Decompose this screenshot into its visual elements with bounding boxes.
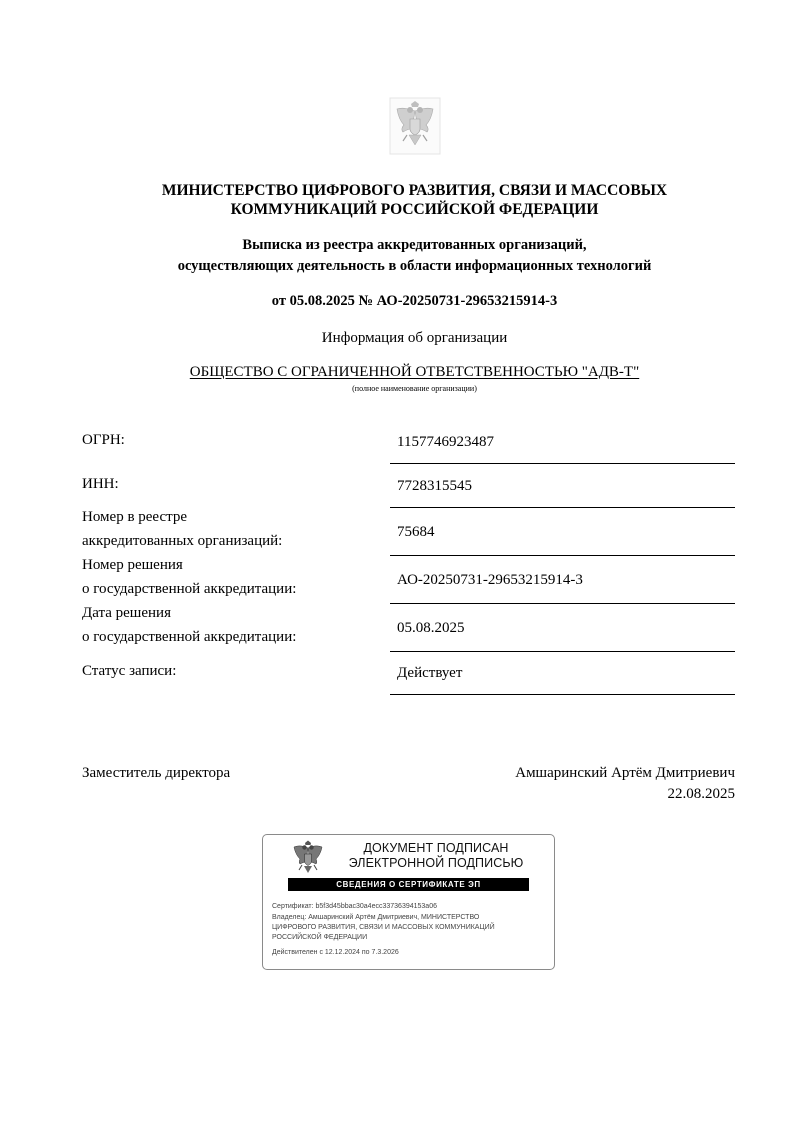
- digital-signature-stamp: ДОКУМЕНТ ПОДПИСАН ЭЛЕКТРОННОЙ ПОДПИСЬЮ С…: [262, 834, 555, 970]
- field-divider: [390, 603, 735, 604]
- field-value-inn: 7728315545: [397, 477, 472, 495]
- ministry-name-line1: МИНИСТЕРСТВО ЦИФРОВОГО РАЗВИТИЯ, СВЯЗИ И…: [18, 181, 793, 200]
- ministry-name-line2: КОММУНИКАЦИЙ РОССИЙСКОЙ ФЕДЕРАЦИИ: [18, 200, 793, 219]
- field-divider: [390, 463, 735, 464]
- certificate-serial: Сертификат: b5f3d45bbac30a4ecc3373639415…: [272, 902, 437, 912]
- stamp-title-line1: ДОКУМЕНТ ПОДПИСАН: [341, 841, 531, 856]
- field-label-continued: аккредитованных организаций:: [82, 529, 282, 553]
- organization-name-caption: (полное наименование организации): [18, 384, 793, 394]
- certificate-owner-line2: ЦИФРОВОГО РАЗВИТИЯ, СВЯЗИ И МАССОВЫХ КОМ…: [272, 923, 495, 933]
- field-label: ИНН:: [82, 472, 119, 496]
- certificate-info-bar: СВЕДЕНИЯ О СЕРТИФИКАТЕ ЭП: [288, 878, 529, 891]
- field-value-decision-number: АО-20250731-29653215914-3: [397, 571, 583, 589]
- signer-name: Амшаринский Артём Дмитриевич: [515, 764, 735, 782]
- field-value-record-status: Действует: [397, 664, 462, 682]
- field-label: ОГРН:: [82, 428, 125, 452]
- field-label: Статус записи:: [82, 659, 176, 683]
- certificate-owner-line3: РОССИЙСКОЙ ФЕДЕРАЦИИ: [272, 933, 367, 943]
- field-value-ogrn: 1157746923487: [397, 433, 494, 451]
- coat-of-arms-icon: [389, 97, 441, 155]
- organization-full-name: ОБЩЕСТВО С ОГРАНИЧЕННОЙ ОТВЕТСТВЕННОСТЬЮ…: [18, 363, 793, 381]
- document-title-line2: осуществляющих деятельность в области ин…: [18, 255, 793, 277]
- document-title-line1: Выписка из реестра аккредитованных орган…: [18, 234, 793, 256]
- field-value-registry-number: 75684: [397, 523, 435, 541]
- field-divider: [390, 507, 735, 508]
- coat-of-arms-icon: [291, 839, 325, 877]
- field-label: Номер решения: [82, 553, 183, 577]
- field-divider: [390, 651, 735, 652]
- stamp-title-line2: ЭЛЕКТРОННОЙ ПОДПИСЬЮ: [341, 856, 531, 871]
- certificate-owner-line1: Владелец: Амшаринский Артём Дмитриевич, …: [272, 913, 479, 923]
- field-label: Номер в реестре: [82, 505, 187, 529]
- field-divider: [390, 694, 735, 695]
- document-date-number: от 05.08.2025 № АО-20250731-29653215914-…: [18, 290, 793, 312]
- field-value-decision-date: 05.08.2025: [397, 619, 465, 637]
- field-label: Дата решения: [82, 601, 171, 625]
- signer-position: Заместитель директора: [82, 764, 230, 782]
- field-label-continued: о государственной аккредитации:: [82, 577, 296, 601]
- field-divider: [390, 555, 735, 556]
- field-label-continued: о государственной аккредитации:: [82, 625, 296, 649]
- certificate-validity: Действителен с 12.12.2024 по 7.3.2026: [272, 948, 399, 958]
- section-title: Информация об организации: [18, 329, 793, 347]
- signature-date: 22.08.2025: [668, 785, 736, 803]
